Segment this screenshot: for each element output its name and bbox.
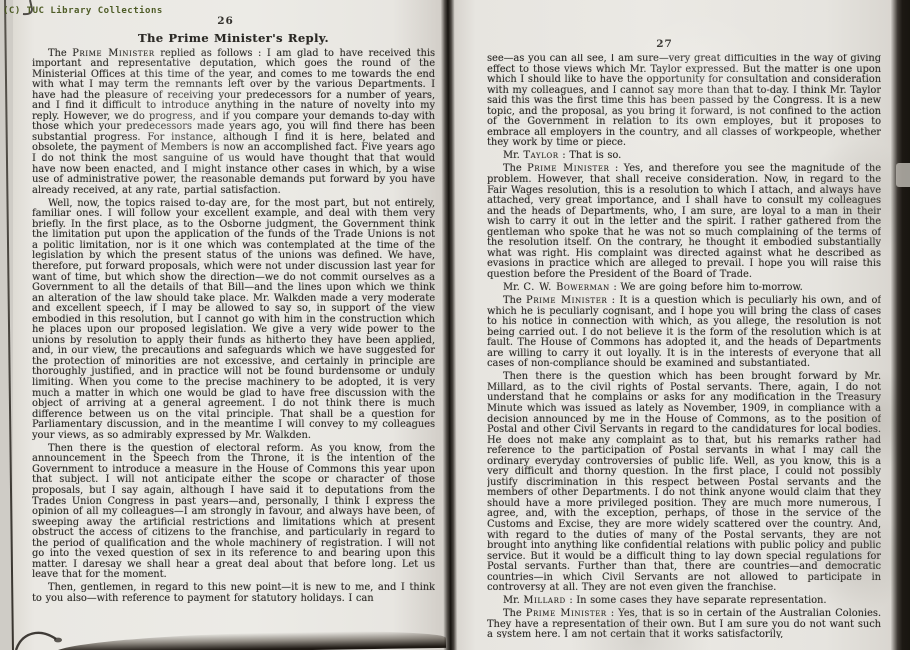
speaker-name: Prime Minister [526, 608, 607, 619]
speaker-name: Prime Minister [72, 48, 154, 59]
page-heading: The Prime Minister's Reply. [32, 33, 435, 44]
paragraph: Mr. Millard : In some cases they have se… [487, 596, 881, 607]
paragraph: Then, gentlemen, in regard to this new p… [32, 583, 435, 604]
paragraph-text: see—as you can all see, I am sure—very g… [487, 54, 881, 148]
speaker-prefix: Mr. [503, 282, 523, 293]
speaker-prefix: The [503, 163, 527, 174]
paragraph: The Prime Minister : Yes, and therefore … [487, 164, 881, 280]
speaker-prefix: The [503, 608, 526, 619]
page-27: 27 see—as you can all see, I am sure—ver… [454, 0, 891, 650]
speaker-prefix: The [48, 48, 72, 59]
paragraph-text: : It is a question which is peculiarly h… [487, 295, 881, 369]
paragraph-text: Well, now, the topics raised to-day are,… [32, 198, 435, 441]
speaker-name: Taylor [523, 150, 558, 161]
paragraph-text: Then, gentlemen, in regard to this new p… [32, 582, 435, 604]
speaker-prefix: The [503, 295, 526, 306]
speaker-name: Prime Minister [526, 295, 607, 306]
speaker-name: Millard [523, 595, 565, 606]
paragraph-text: : That is so. [559, 150, 622, 161]
paragraph-text: Then there is the question of electoral … [32, 443, 435, 581]
page-26-paragraphs: The Prime Minister replied as follows : … [32, 49, 435, 605]
speaker-prefix: Mr. [503, 150, 523, 161]
paragraph-text: : In some cases they have separate repre… [566, 595, 827, 606]
paragraph-text: replied as follows : I am glad to have r… [32, 48, 435, 196]
speaker-name: C. W. Bowerman [523, 282, 609, 293]
page-tab-notch [896, 163, 910, 187]
page-27-text-column: see—as you can all see, I am sure—very g… [487, 54, 881, 638]
book-gutter-shadow [441, 0, 458, 650]
page-number-right: 27 [454, 38, 883, 50]
scanned-book-spread: 26 The Prime Minister's Reply. The Prime… [0, 0, 910, 650]
paragraph-text: : We are going before him to-morrow. [610, 282, 803, 293]
library-watermark: (C) TUC Library Collections [3, 6, 163, 16]
page-26: 26 The Prime Minister's Reply. The Prime… [13, 0, 444, 650]
paragraph: The Prime Minister replied as follows : … [32, 49, 435, 197]
paragraph: The Prime Minister : Yes, that is so in … [487, 609, 881, 638]
paragraph-text: : Yes, and therefore you see the magnitu… [487, 163, 881, 279]
page-27-paragraphs: see—as you can all see, I am sure—very g… [487, 54, 881, 638]
paragraph: Then there is the question of electoral … [32, 444, 435, 581]
right-scan-edge-shadow [891, 0, 910, 650]
paragraph: Mr. Taylor : That is so. [487, 151, 881, 162]
paragraph: Well, now, the topics raised to-day are,… [32, 199, 435, 442]
paragraph: Mr. C. W. Bowerman : We are going before… [487, 283, 881, 294]
page-26-text-column: The Prime Minister's Reply. The Prime Mi… [32, 33, 435, 633]
paragraph: see—as you can all see, I am sure—very g… [487, 54, 881, 149]
paragraph-text: Then there is the question which has bee… [487, 371, 881, 593]
paragraph: Then there is the question which has bee… [487, 372, 881, 593]
speaker-prefix: Mr. [503, 595, 523, 606]
speaker-name: Prime Minister [527, 163, 609, 174]
paragraph: The Prime Minister : It is a question wh… [487, 296, 881, 370]
page-number-left: 26 [13, 15, 441, 27]
